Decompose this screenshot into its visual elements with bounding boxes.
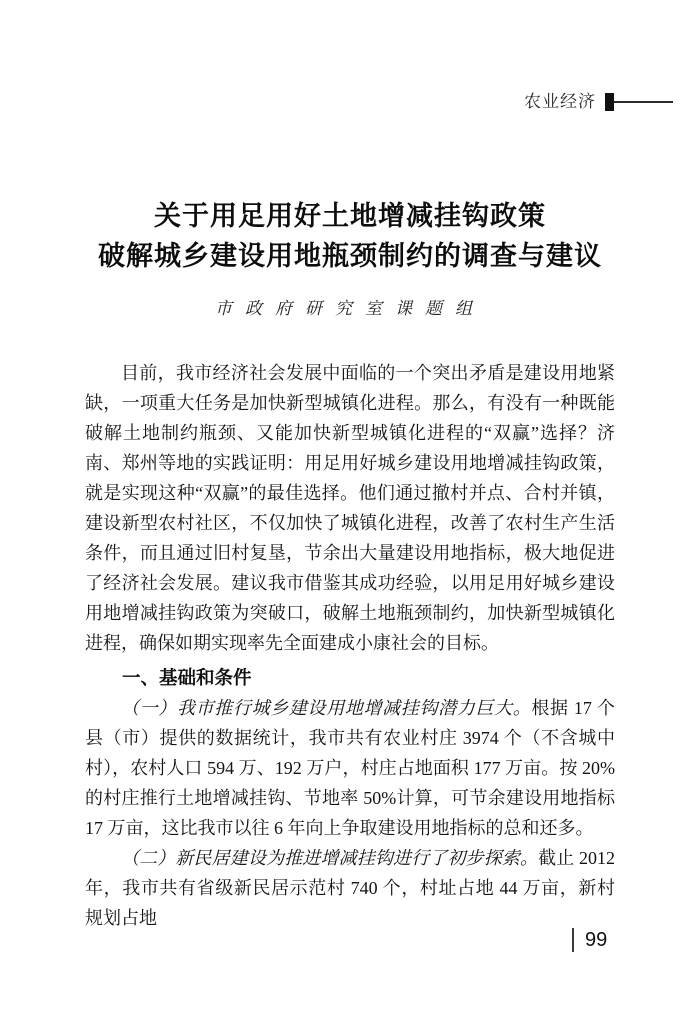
- page-number: 99: [585, 927, 607, 953]
- running-head: 农业经济: [0, 92, 673, 112]
- item2-lead: （二）新民居建设为推进增减挂钩进行了初步探索。: [121, 848, 538, 868]
- document-page: 农业经济 关于用足用好土地增减挂钩政策 破解城乡建设用地瓶颈制约的调查与建议 市…: [0, 0, 700, 1013]
- category-label: 农业经济: [524, 92, 596, 112]
- article-title-line-2: 破解城乡建设用地瓶颈制约的调查与建议: [70, 236, 630, 276]
- header-rule: [614, 101, 673, 103]
- section1-item2-paragraph: （二）新民居建设为推进增减挂钩进行了初步探索。截止 2012 年，我市共有省级新…: [85, 843, 615, 933]
- section-heading-1: 一、基础和条件: [85, 663, 615, 693]
- item1-text: 根据 17 个县（市）提供的数据统计，我市共有农业村庄 3974 个（不含城中村…: [85, 698, 615, 838]
- article-title-line-1: 关于用足用好土地增减挂钩政策: [70, 196, 630, 236]
- folio: 99: [572, 927, 607, 953]
- article-body: 目前，我市经济社会发展中面临的一个突出矛盾是建设用地紧缺，一项重大任务是加快新型…: [85, 358, 615, 933]
- folio-divider: [572, 928, 574, 952]
- section1-item1-paragraph: （一）我市推行城乡建设用地增减挂钩潜力巨大。根据 17 个县（市）提供的数据统计…: [85, 693, 615, 843]
- intro-paragraph: 目前，我市经济社会发展中面临的一个突出矛盾是建设用地紧缺，一项重大任务是加快新型…: [85, 358, 615, 658]
- category-marker-icon: [605, 93, 614, 111]
- item1-lead: （一）我市推行城乡建设用地增减挂钩潜力巨大。: [121, 698, 531, 718]
- article-title: 关于用足用好土地增减挂钩政策 破解城乡建设用地瓶颈制约的调查与建议: [70, 196, 630, 276]
- byline: 市政府研究室课题组: [85, 298, 615, 320]
